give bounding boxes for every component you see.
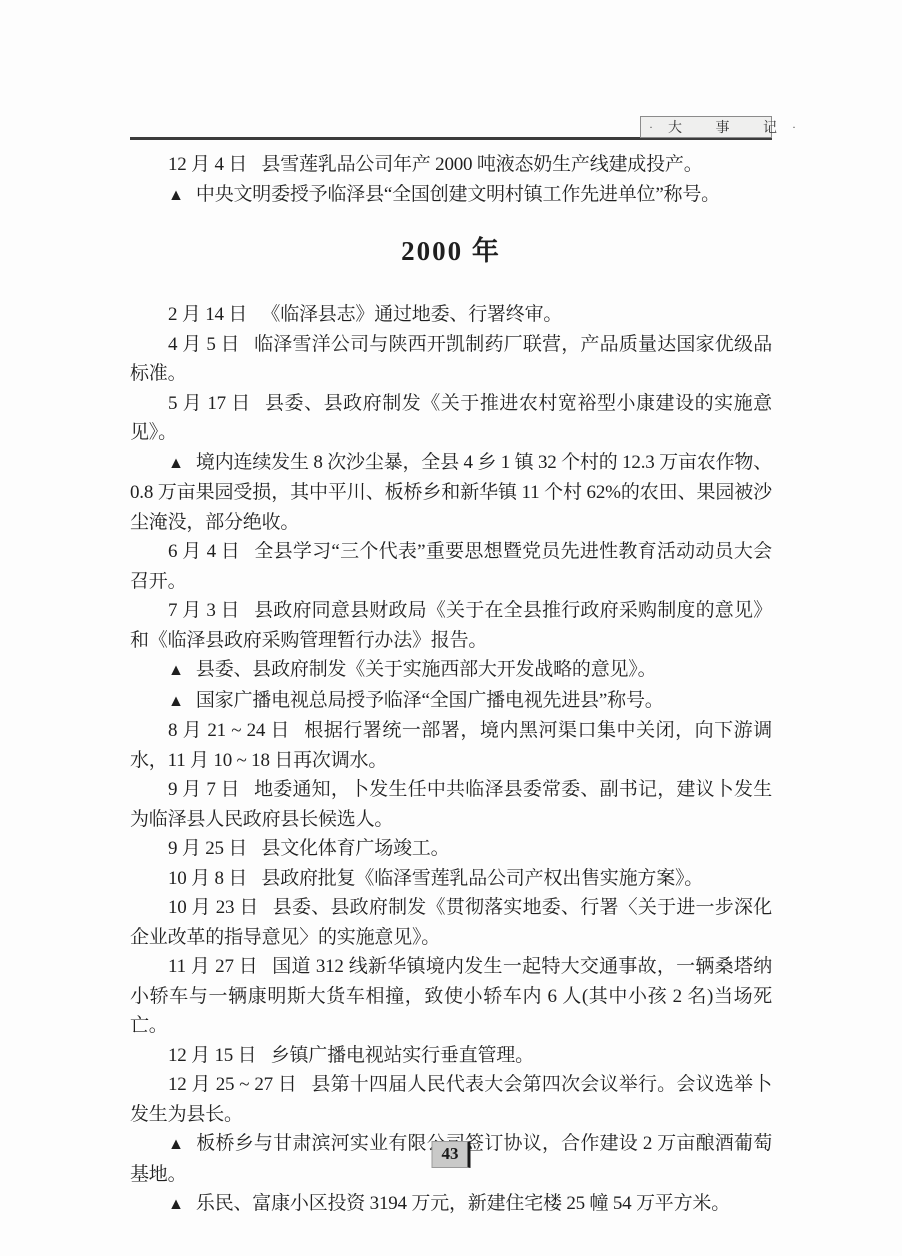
running-head-box: · 大 事 记 · xyxy=(640,116,772,138)
entry-date: 8 月 21 ~ 24 日 xyxy=(168,720,290,741)
entry-text: 县政府批复《临泽雪莲乳品公司产权出售实施方案》。 xyxy=(261,868,703,889)
entry-date: 9 月 25 日 xyxy=(168,838,247,859)
entry-paragraph: 2 月 14 日《临泽县志》通过地委、行署终审。 xyxy=(130,300,772,330)
entry-paragraph: 8 月 21 ~ 24 日根据行署统一部署，境内黑河渠口集中关闭，向下游调水，1… xyxy=(130,716,772,775)
entry-date: 9 月 7 日 xyxy=(168,779,240,800)
entry-paragraph: ▲县委、县政府制发《关于实施西部大开发战略的意见》。 xyxy=(130,655,772,686)
entry-date: 10 月 23 日 xyxy=(168,897,259,918)
entry-text: 《临泽县志》通过地委、行署终审。 xyxy=(261,304,562,325)
entry-date: 10 月 8 日 xyxy=(168,868,247,889)
running-head-title: 大 事 记 xyxy=(668,117,792,137)
entry-paragraph: 4 月 5 日临泽雪洋公司与陕西开凯制药厂联营，产品质量达国家优级品标准。 xyxy=(130,330,772,389)
entry-text: 乐民、富康小区投资 3194 万元，新建住宅楼 25 幢 54 万平方米。 xyxy=(196,1193,730,1214)
entry-date: 5 月 17 日 xyxy=(168,393,251,414)
entry-paragraph: 12 月 4 日县雪莲乳品公司年产 2000 吨液态奶生产线建成投产。 xyxy=(130,150,772,180)
entry-paragraph: 12 月 25 ~ 27 日县第十四届人民代表大会第四次会议举行。会议选举卜发生… xyxy=(130,1070,772,1129)
triangle-marker: ▲ xyxy=(168,1136,184,1153)
entry-paragraph: ▲境内连续发生 8 次沙尘暴，全县 4 乡 1 镇 32 个村的 12.3 万亩… xyxy=(130,448,772,538)
running-head-left-dot: · xyxy=(649,121,653,133)
entry-date: 7 月 3 日 xyxy=(168,600,240,621)
entry-text: 境内连续发生 8 次沙尘暴，全县 4 乡 1 镇 32 个村的 12.3 万亩农… xyxy=(130,452,772,533)
entry-paragraph: 10 月 8 日县政府批复《临泽雪莲乳品公司产权出售实施方案》。 xyxy=(130,864,772,894)
entry-paragraph: 11 月 27 日国道 312 线新华镇境内发生一起特大交通事故，一辆桑塔纳小轿… xyxy=(130,952,772,1041)
page-number-badge: 43 xyxy=(432,1141,471,1168)
entry-paragraph: 6 月 4 日全县学习“三个代表”重要思想暨党员先进性教育活动动员大会召开。 xyxy=(130,537,772,596)
entry-text: 县雪莲乳品公司年产 2000 吨液态奶生产线建成投产。 xyxy=(261,154,702,175)
entry-date: 12 月 15 日 xyxy=(168,1045,256,1066)
entry-paragraph: ▲乐民、富康小区投资 3194 万元，新建住宅楼 25 幢 54 万平方米。 xyxy=(130,1189,772,1220)
entry-text: 中央文明委授予临泽县“全国创建文明村镇工作先进单位”称号。 xyxy=(196,184,720,205)
entry-text: 县文化体育广场竣工。 xyxy=(261,838,449,859)
running-head-right-dot: · xyxy=(792,121,796,133)
entry-date: 12 月 25 ~ 27 日 xyxy=(168,1074,297,1095)
entry-paragraph: 9 月 7 日地委通知，卜发生任中共临泽县委常委、副书记，建议卜发生为临泽县人民… xyxy=(130,775,772,834)
entry-paragraph: 9 月 25 日县文化体育广场竣工。 xyxy=(130,834,772,864)
triangle-marker: ▲ xyxy=(168,455,184,472)
entry-text: 乡镇广播电视站实行垂直管理。 xyxy=(271,1045,534,1066)
entry-paragraph: 7 月 3 日县政府同意县财政局《关于在全县推行政府采购制度的意见》和《临泽县政… xyxy=(130,596,772,655)
body-text-column: 12 月 4 日县雪莲乳品公司年产 2000 吨液态奶生产线建成投产。 ▲中央文… xyxy=(130,150,772,1220)
triangle-marker: ▲ xyxy=(168,662,184,679)
triangle-marker: ▲ xyxy=(168,693,184,710)
triangle-marker: ▲ xyxy=(168,1196,184,1213)
year-heading: 2000 年 xyxy=(130,236,772,266)
entry-paragraph: 10 月 23 日县委、县政府制发《贯彻落实地委、行署〈关于进一步深化企业改革的… xyxy=(130,893,772,952)
scanned-book-page: · 大 事 记 · 12 月 4 日县雪莲乳品公司年产 2000 吨液态奶生产线… xyxy=(0,0,902,1256)
entry-date: 6 月 4 日 xyxy=(168,541,240,562)
entry-date: 11 月 27 日 xyxy=(168,956,258,977)
entry-date: 12 月 4 日 xyxy=(168,154,247,175)
entry-text: 县委、县政府制发《关于实施西部大开发战略的意见》。 xyxy=(196,659,657,680)
entry-paragraph: 5 月 17 日县委、县政府制发《关于推进农村宽裕型小康建设的实施意见》。 xyxy=(130,389,772,448)
entry-date: 4 月 5 日 xyxy=(168,334,240,355)
entry-paragraph: ▲中央文明委授予临泽县“全国创建文明村镇工作先进单位”称号。 xyxy=(130,180,772,211)
entry-paragraph: 12 月 15 日乡镇广播电视站实行垂直管理。 xyxy=(130,1041,772,1071)
triangle-marker: ▲ xyxy=(168,187,184,204)
entry-paragraph: ▲国家广播电视总局授予临泽“全国广播电视先进县”称号。 xyxy=(130,686,772,717)
entry-date: 2 月 14 日 xyxy=(168,304,247,325)
entry-text: 国家广播电视总局授予临泽“全国广播电视先进县”称号。 xyxy=(196,690,664,711)
